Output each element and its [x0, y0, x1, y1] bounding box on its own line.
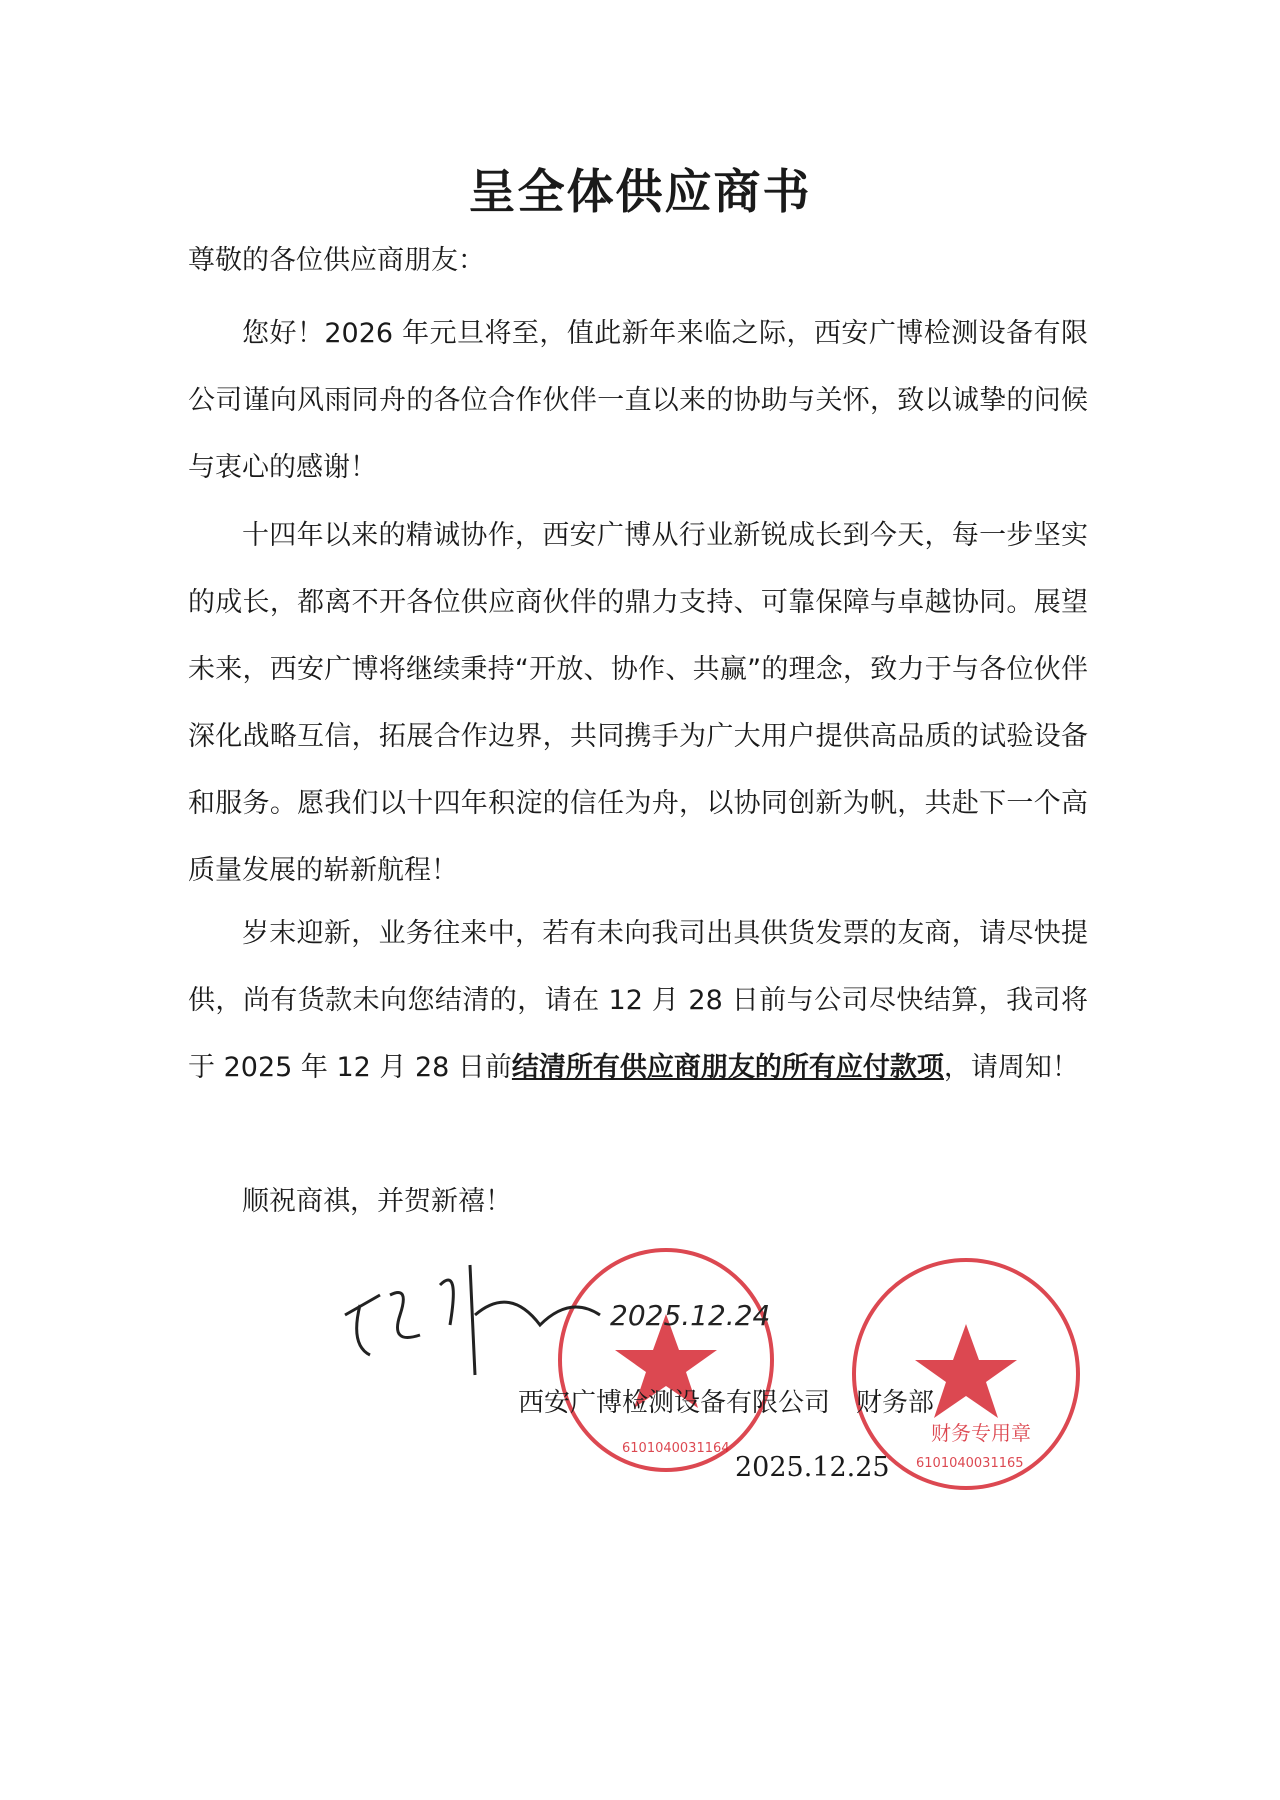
- svg-text:2025.12.24: 2025.12.24: [610, 1299, 770, 1332]
- salutation: 尊敬的各位供应商朋友：: [188, 238, 485, 277]
- svg-text:6101040031164: 6101040031164: [622, 1441, 730, 1456]
- handwritten-signature: 2025.12.24: [340, 1255, 860, 1385]
- payment-text-end: ，请周知！: [944, 1052, 1079, 1083]
- svg-text:财务专用章: 财务专用章: [931, 1421, 1031, 1445]
- paragraph-payment: 岁末迎新，业务往来中，若有未向我司出具供货发票的友商，请尽快提供，尚有货款未向您…: [188, 900, 1088, 1101]
- underlined-notice: 结清所有供应商朋友的所有应付款项: [512, 1052, 944, 1083]
- closing: 顺祝商祺，并贺新禧！: [188, 1168, 1088, 1235]
- paragraph-greeting: 您好！2026 年元旦将至，值此新年来临之际，西安广博检测设备有限公司谨向风雨同…: [188, 300, 1088, 501]
- page-title: 呈全体供应商书: [0, 155, 1280, 222]
- signature-company: 西安广博检测设备有限公司 财务部: [518, 1382, 934, 1419]
- svg-text:6101040031165: 6101040031165: [916, 1456, 1024, 1471]
- paragraph-cooperation: 十四年以来的精诚协作，西安广博从行业新锐成长到今天，每一步坚实的成长，都离不开各…: [188, 502, 1088, 904]
- signature-date: 2025.12.25: [735, 1452, 890, 1483]
